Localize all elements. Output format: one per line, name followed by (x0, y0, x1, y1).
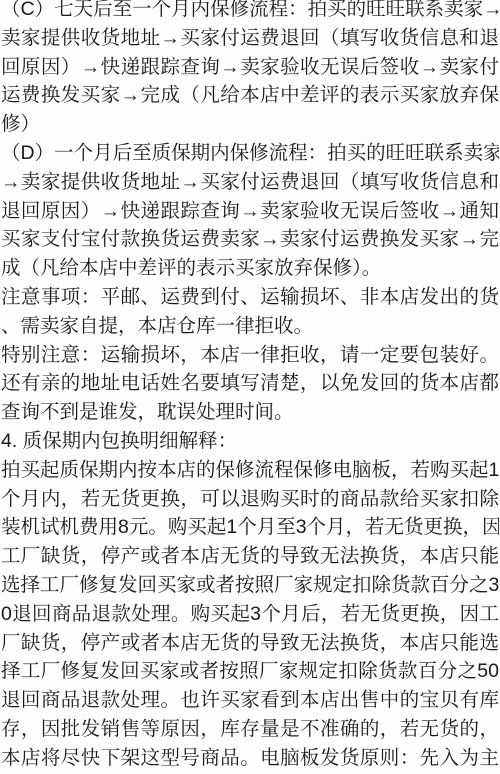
text-line: 成（凡给本店中差评的表示买家放弃保修）。 (1, 254, 499, 283)
text-line: 运费换发买家→完成（凡给本店中差评的表示买家放弃保 (1, 81, 499, 110)
text-line: 查询不到是谁发，耽误处理时间。 (1, 398, 499, 427)
text-line: 买家支付宝付款换货运费卖家→卖家付运费换发买家→完 (1, 225, 499, 254)
warranty-policy-text: （C）七天后至一个月内保修流程：拍买的旺旺联系卖家→卖家提供收货地址→买家付运费… (1, 0, 499, 773)
text-line: 特别注意：运输损坏，本店一律拒收，请一定要包装好。 (1, 341, 499, 370)
text-line: 择工厂修复发回买家或者按照厂家规定扣除货款百分之50 (1, 657, 499, 686)
text-line: 4. 质保期内包换明细解释： (1, 427, 499, 456)
text-line: 注意事项：平邮、运费到付、运输损坏、非本店发出的货 (1, 283, 499, 312)
text-line: 装机试机费用8元。购买起1个月至3个月，若无货更换，因 (1, 513, 499, 542)
text-line: 本店将尽快下架这型号商品。电脑板发货原则：先入为主 (1, 744, 499, 773)
text-line: →卖家提供收货地址→买家付运费退回（填写收货信息和 (1, 168, 499, 197)
text-line: 回原因）→快递跟踪查询→卖家验收无误后签收→卖家付 (1, 53, 499, 82)
text-line: （D）一个月后至质保期内保修流程：拍买的旺旺联系卖家 (1, 139, 499, 168)
text-line: 0退回商品退款处理。购买起3个月后，若无货更换，因工 (1, 600, 499, 629)
text-line: 、需卖家自提，本店仓库一律拒收。 (1, 312, 499, 341)
text-line: 退回原因）→快递跟踪查询→卖家验收无误后签收→通知 (1, 197, 499, 226)
text-line: 还有亲的地址电话姓名要填写清楚，以免发回的货本店都 (1, 369, 499, 398)
text-line: 存，因批发销售等原因，库存量是不准确的，若无货的， (1, 715, 499, 744)
text-line: 卖家提供收货地址→买家付运费退回（填写收货信息和退 (1, 24, 499, 53)
text-line: 拍买起质保期内按本店的保修流程保修电脑板，若购买起1 (1, 456, 499, 485)
text-line: （C）七天后至一个月内保修流程：拍买的旺旺联系卖家→ (1, 0, 499, 24)
text-line: 个月内，若无货更换，可以退购买时的商品款给买家扣除 (1, 485, 499, 514)
text-line: 退回商品退款处理。也许买家看到本店出售中的宝贝有库 (1, 686, 499, 715)
text-line: 选择工厂修复发回买家或者按照厂家规定扣除货款百分之3 (1, 571, 499, 600)
text-line: 工厂缺货，停产或者本店无货的导致无法换货，本店只能 (1, 542, 499, 571)
text-line: 厂缺货，停产或者本店无货的导致无法换货，本店只能选 (1, 629, 499, 658)
text-line: 修） (1, 110, 499, 139)
